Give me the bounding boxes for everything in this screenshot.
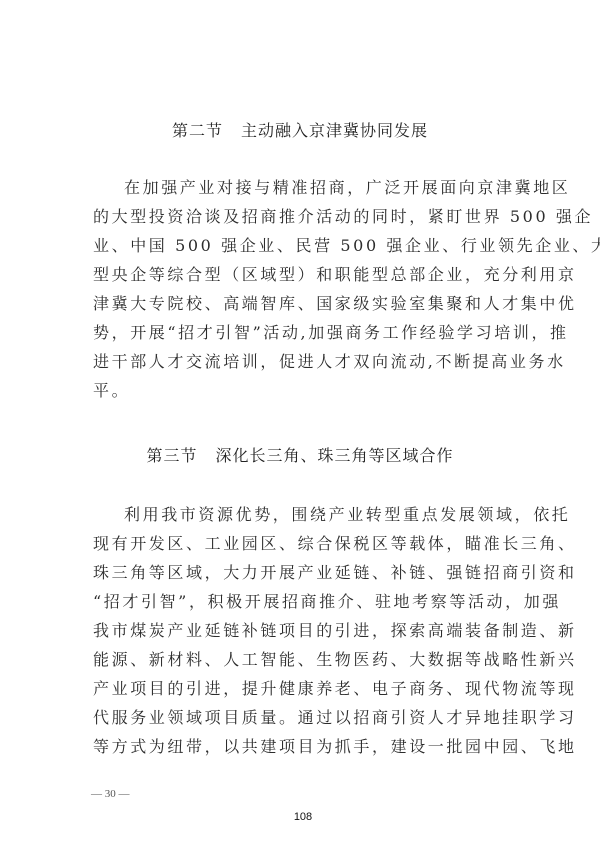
- paragraph-line: 能源、新材料、人工智能、生物医药、大数据等战略性新兴: [93, 645, 509, 674]
- paragraph-line: 利用我市资源优势，围绕产业转型重点发展领域，依托: [93, 500, 509, 529]
- paragraph-line: 型央企等综合型（区域型）和职能型总部企业，充分利用京: [93, 260, 509, 289]
- paragraph-line: 平。: [93, 376, 509, 405]
- section-paragraph-2: 在加强产业对接与精准招商，广泛开展面向京津冀地区 的大型投资洽谈及招商推介活动的…: [93, 173, 509, 405]
- document-page: 第二节主动融入京津冀协同发展 在加强产业对接与精准招商，广泛开展面向京津冀地区 …: [0, 0, 600, 848]
- paragraph-line: 现有开发区、工业园区、综合保税区等载体，瞄准长三角、: [93, 529, 509, 558]
- section-number: 第二节: [172, 121, 223, 140]
- paragraph-line: 的大型投资洽谈及招商推介活动的同时，紧盯世界 500 强企: [93, 202, 509, 231]
- paragraph-line: 势，开展“招才引智”活动,加强商务工作经验学习培训，推: [93, 318, 509, 347]
- section-heading-3: 第三节深化长三角、珠三角等区域合作: [0, 443, 600, 466]
- section-heading-2: 第二节主动融入京津冀协同发展: [0, 118, 600, 141]
- paragraph-line: 进干部人才交流培训，促进人才双向流动,不断提高业务水: [93, 347, 509, 376]
- paragraph-line: 津冀大专院校、高端智库、国家级实验室集聚和人才集中优: [93, 289, 509, 318]
- page-marker: — 30 —: [91, 788, 130, 800]
- paragraph-line: 珠三角等区域，大力开展产业延链、补链、强链招商引资和: [93, 558, 509, 587]
- page-number: 108: [0, 811, 600, 823]
- section-title: 主动融入京津冀协同发展: [241, 121, 428, 140]
- section-title: 深化长三角、珠三角等区域合作: [216, 446, 454, 465]
- paragraph-line: 代服务业领域项目质量。通过以招商引资人才异地挂职学习: [93, 703, 509, 732]
- paragraph-line: 我市煤炭产业延链补链项目的引进，探索高端装备制造、新: [93, 616, 509, 645]
- section-number: 第三节: [146, 446, 197, 465]
- paragraph-line: “招才引智”，积极开展招商推介、驻地考察等活动，加强: [93, 587, 509, 616]
- paragraph-line: 在加强产业对接与精准招商，广泛开展面向京津冀地区: [93, 173, 509, 202]
- paragraph-line: 等方式为纽带，以共建项目为抓手，建设一批园中园、飞地: [93, 732, 509, 761]
- paragraph-line: 产业项目的引进，提升健康养老、电子商务、现代物流等现: [93, 674, 509, 703]
- section-paragraph-3: 利用我市资源优势，围绕产业转型重点发展领域，依托 现有开发区、工业园区、综合保税…: [93, 500, 509, 761]
- paragraph-line: 业、中国 500 强企业、民营 500 强企业、行业领先企业、大: [93, 231, 509, 260]
